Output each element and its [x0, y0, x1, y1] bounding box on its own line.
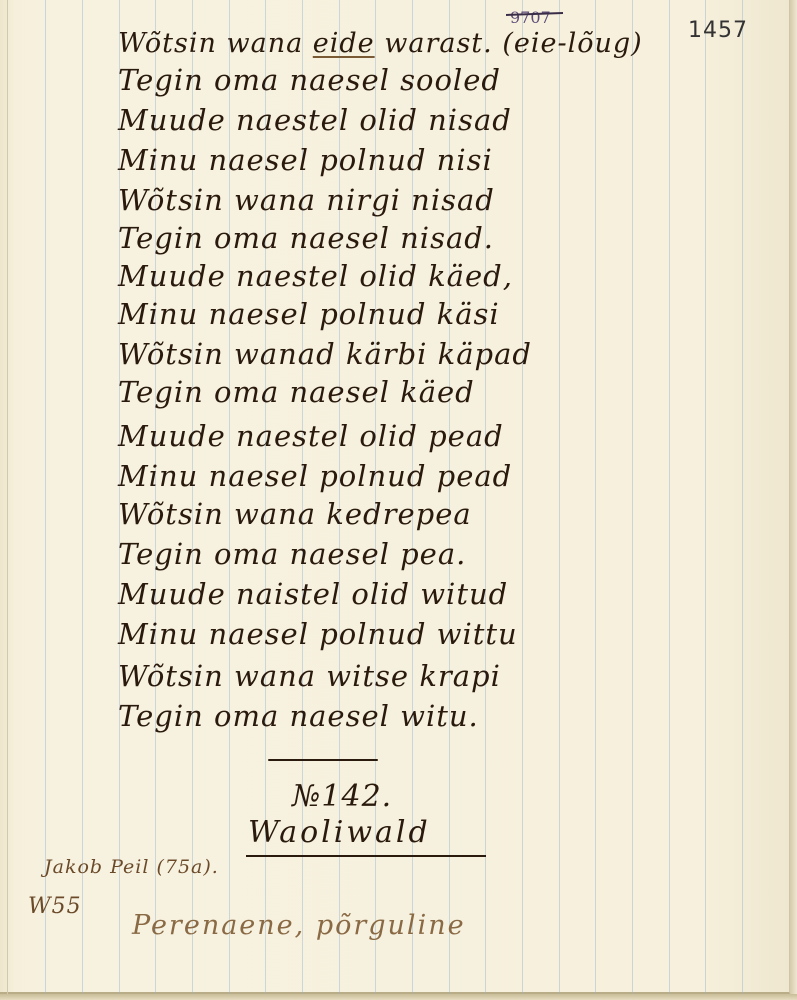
verse-line: Wõtsin wana witse krapi: [118, 662, 501, 691]
place-underline: [246, 855, 486, 857]
rule-line: [742, 0, 743, 994]
rule-line: [705, 0, 706, 994]
rule-line: [595, 0, 596, 994]
section-divider: [268, 759, 378, 761]
rule-line: [82, 0, 83, 994]
page-edge-right: [790, 0, 797, 1000]
verse-line: Wõtsin wana nirgi nisad: [118, 186, 495, 215]
struck-archive-number: 9707: [510, 8, 551, 27]
verse-line: Tegin oma naesel pea.: [118, 540, 466, 569]
verse-line: Muude naestel olid käed,: [118, 262, 513, 291]
entry-place: Waoliwald: [248, 818, 431, 848]
verse-line: Minu naesel polnud pead: [118, 462, 512, 491]
rule-line: [669, 0, 670, 994]
manuscript-page: 9707 1457 Wõtsin wana eide warast. (eie-…: [0, 0, 790, 994]
verse-line: Tegin oma naesel witu.: [118, 702, 479, 731]
verse-line: Wõtsin wanad kärbi käpad: [118, 340, 532, 369]
entry-title: Perenaene, põrguline: [132, 912, 466, 939]
entry-number: №142.: [292, 782, 392, 812]
verse-line: Muude naestel olid nisad: [118, 106, 512, 135]
rule-line: [559, 0, 560, 994]
rule-line: [632, 0, 633, 994]
page-edge-bottom: [0, 994, 797, 1000]
verse-line: Minu naesel polnud käsi: [118, 300, 500, 329]
verse-text: Wõtsin wana: [118, 28, 313, 59]
verse-line: Minu naesel polnud wittu: [118, 620, 518, 649]
verse-line: Tegin oma naesel sooled: [118, 66, 501, 95]
underlined-word: eide: [313, 28, 375, 59]
verse-line: Muude naistel olid witud: [118, 580, 508, 609]
page-binding-edge: [7, 0, 8, 994]
verse-annotation: warast. (eie-lõug): [375, 28, 643, 59]
rule-line: [45, 0, 46, 994]
verse-line: Muude naestel olid pead: [118, 422, 504, 451]
verse-line: Tegin oma naesel käed: [118, 378, 475, 407]
verse-line: Tegin oma naesel nisad.: [118, 224, 494, 253]
verse-line: Wõtsin wana kedrepea: [118, 500, 472, 529]
margin-note: W55: [28, 896, 82, 918]
verse-line: Wõtsin wana eide warast. (eie-lõug): [118, 30, 643, 57]
rule-line: [522, 0, 523, 994]
verse-line: Minu naesel polnud nisi: [118, 146, 493, 175]
archive-page-number: 1457: [688, 18, 748, 43]
informant-name: Jakob Peil (75a).: [44, 858, 219, 877]
